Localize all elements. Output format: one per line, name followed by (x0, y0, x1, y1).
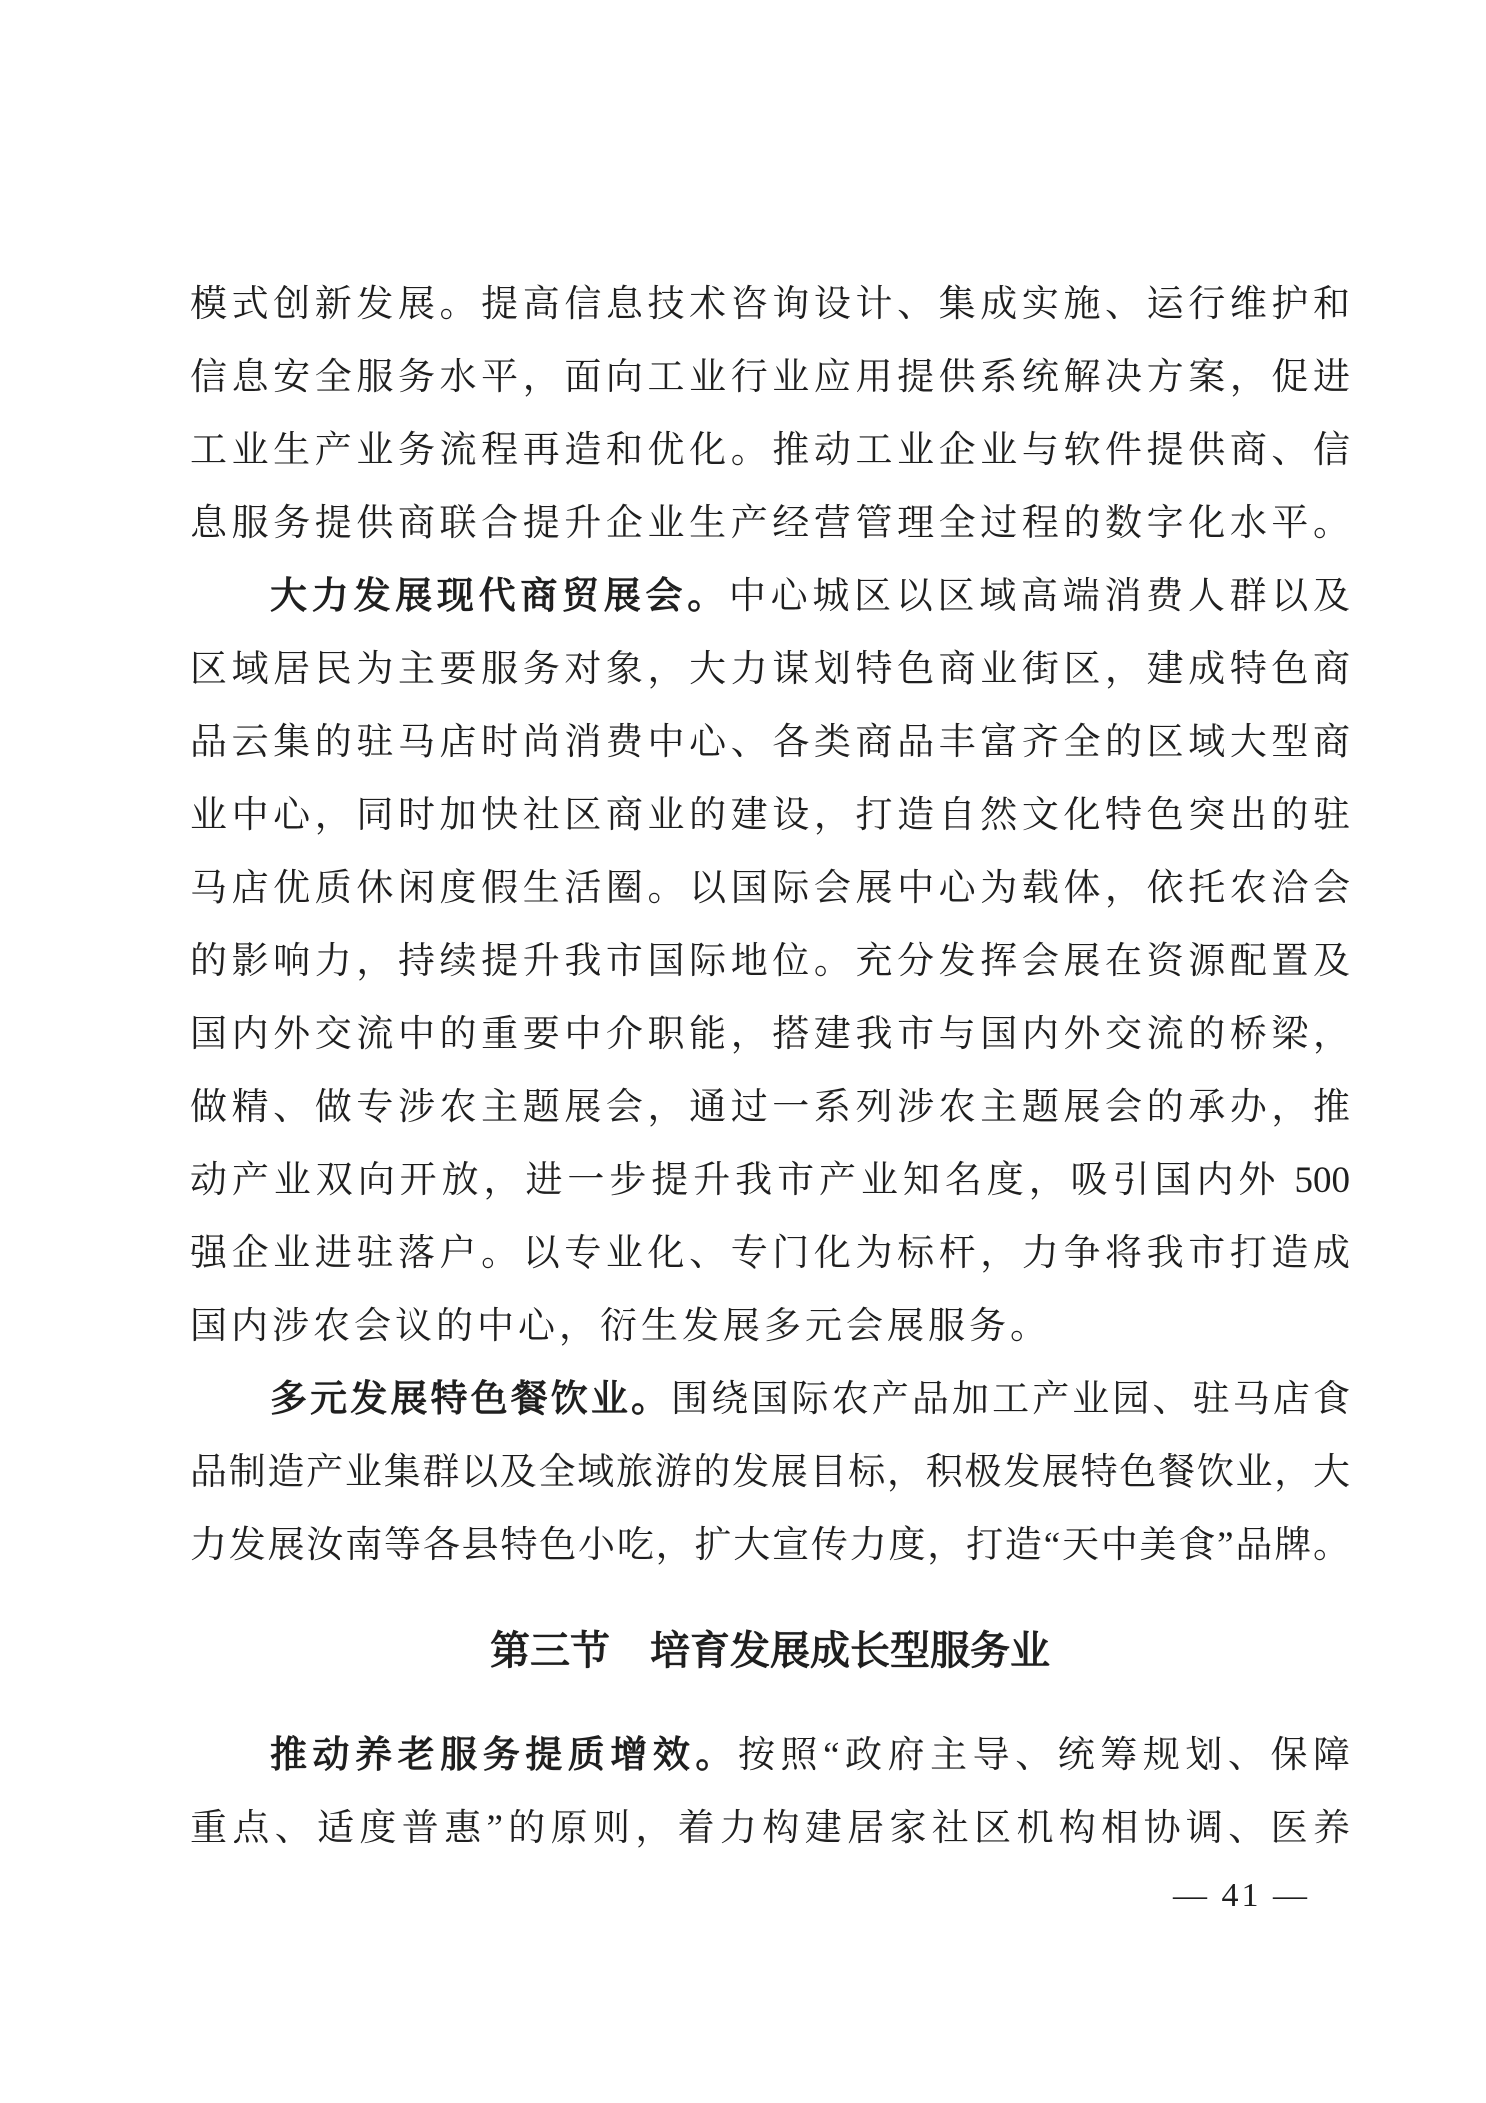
paragraph-start-line: 多元发展特色餐饮业。围绕国际农产品加工产业园、驻马店食 (190, 1363, 1350, 1436)
text-block: 模式创新发展。提高信息技术咨询设计、集成实施、运行维护和 信息安全服务水平，面向… (190, 268, 1350, 1865)
document-page: 模式创新发展。提高信息技术咨询设计、集成实施、运行维护和 信息安全服务水平，面向… (0, 0, 1486, 2103)
paragraph-start-line: 推动养老服务提质增效。按照“政府主导、统筹规划、保障 (190, 1719, 1350, 1792)
section-heading: 第三节 培育发展成长型服务业 (190, 1614, 1350, 1687)
text-line: 模式创新发展。提高信息技术咨询设计、集成实施、运行维护和 (190, 268, 1350, 341)
line-text: 马店优质休闲度假生活圈。以国际会展中心为载体，依托农洽会 (190, 868, 1350, 909)
text-line: 的影响力，持续提升我市国际地位。充分发挥会展在资源配置及 (190, 925, 1350, 998)
text-line: 力发展汝南等各县特色小吃，扩大宣传力度，打造“天中美食”品牌。 (190, 1509, 1350, 1582)
text-line: 做精、做专涉农主题展会，通过一系列涉农主题展会的承办，推 (190, 1071, 1350, 1144)
paragraph-end-line: 国内涉农会议的中心，衍生发展多元会展服务。 (190, 1290, 1350, 1363)
line-text: 的影响力，持续提升我市国际地位。充分发挥会展在资源配置及 (190, 941, 1350, 982)
text-line: 动产业双向开放，进一步提升我市产业知名度，吸引国内外 500 (190, 1144, 1350, 1217)
line-text: 动产业双向开放，进一步提升我市产业知名度，吸引国内外 500 (190, 1160, 1350, 1201)
text-line: 品云集的驻马店时尚消费中心、各类商品丰富齐全的区域大型商 (190, 706, 1350, 779)
line-text: 国内外交流中的重要中介职能，搭建我市与国内外交流的桥梁， (190, 1014, 1350, 1055)
line-text: 中心城区以区域高端消费人群以及 (729, 576, 1350, 617)
text-line: 工业生产业务流程再造和优化。推动工业企业与软件提供商、信 (190, 414, 1350, 487)
text-line: 品制造产业集群以及全域旅游的发展目标，积极发展特色餐饮业，大 (190, 1436, 1350, 1509)
page-number: — 41 — (1173, 1876, 1310, 1916)
line-text: 工业生产业务流程再造和优化。推动工业企业与软件提供商、信 (190, 430, 1350, 471)
text-line: 区域居民为主要服务对象，大力谋划特色商业街区，建成特色商 (190, 633, 1350, 706)
line-text: 强企业进驻落户。以专业化、专门化为标杆，力争将我市打造成 (190, 1233, 1350, 1274)
line-text: 业中心，同时加快社区商业的建设，打造自然文化特色突出的驻 (190, 795, 1350, 836)
line-text: 信息安全服务水平，面向工业行业应用提供系统解决方案，促进 (190, 357, 1350, 398)
line-text: 区域居民为主要服务对象，大力谋划特色商业街区，建成特色商 (190, 649, 1350, 690)
line-text: 品制造产业集群以及全域旅游的发展目标，积极发展特色餐饮业，大 (190, 1452, 1350, 1493)
text-line: 业中心，同时加快社区商业的建设，打造自然文化特色突出的驻 (190, 779, 1350, 852)
text-line: 信息安全服务水平，面向工业行业应用提供系统解决方案，促进 (190, 341, 1350, 414)
paragraph-start-line: 大力发展现代商贸展会。中心城区以区域高端消费人群以及 (190, 560, 1350, 633)
line-text: 重点、适度普惠”的原则，着力构建居家社区机构相协调、医养 (190, 1808, 1350, 1849)
line-text: 力发展汝南等各县特色小吃，扩大宣传力度，打造“天中美食”品牌。 (190, 1525, 1350, 1566)
text-line: 强企业进驻落户。以专业化、专门化为标杆，力争将我市打造成 (190, 1217, 1350, 1290)
paragraph-lead-bold: 推动养老服务提质增效。 (270, 1735, 738, 1776)
paragraph-lead-bold: 大力发展现代商贸展会。 (270, 576, 729, 617)
text-line: 国内外交流中的重要中介职能，搭建我市与国内外交流的桥梁， (190, 998, 1350, 1071)
line-text: 国内涉农会议的中心，衍生发展多元会展服务。 (190, 1306, 1051, 1347)
paragraph-lead-bold: 多元发展特色餐饮业。 (270, 1379, 671, 1420)
line-text: 模式创新发展。提高信息技术咨询设计、集成实施、运行维护和 (190, 284, 1350, 325)
line-text: 息服务提供商联合提升企业生产经营管理全过程的数字化水平。 (190, 503, 1350, 544)
line-text: 按照“政府主导、统筹规划、保障 (738, 1735, 1350, 1776)
line-text: 品云集的驻马店时尚消费中心、各类商品丰富齐全的区域大型商 (190, 722, 1350, 763)
text-line: 重点、适度普惠”的原则，着力构建居家社区机构相协调、医养 (190, 1792, 1350, 1865)
text-line: 马店优质休闲度假生活圈。以国际会展中心为载体，依托农洽会 (190, 852, 1350, 925)
line-text: 做精、做专涉农主题展会，通过一系列涉农主题展会的承办，推 (190, 1087, 1350, 1128)
text-line: 息服务提供商联合提升企业生产经营管理全过程的数字化水平。 (190, 487, 1350, 560)
line-text: 围绕国际农产品加工产业园、驻马店食 (671, 1379, 1350, 1420)
